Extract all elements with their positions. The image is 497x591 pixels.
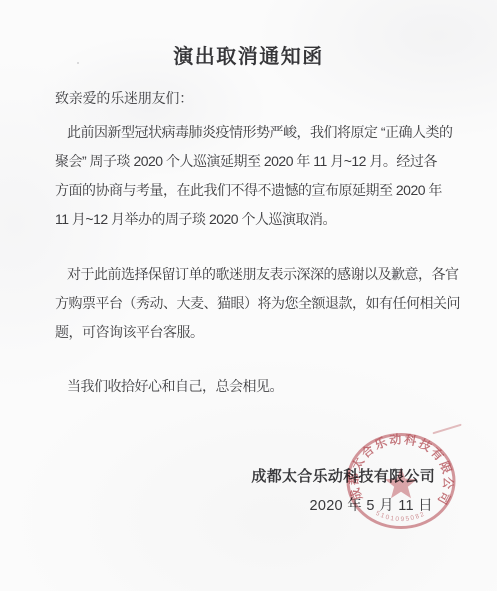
salutation-line: 致亲爱的乐迷朋友们： — [55, 87, 193, 109]
paragraph-line: 方购票平台（秀动、大麦、猫眼）将为您全额退款，如有任何相关问 — [55, 289, 457, 318]
paragraph-line: 对于此前选择保留订单的歌迷朋友表示深深的感谢以及歉意，各官 — [55, 260, 457, 289]
company-signature: 成都太合乐动科技有限公司 — [251, 466, 435, 488]
seal-stray-ink-mark — [432, 424, 461, 434]
paragraph-line: 题，可咨询该平台客服。 — [55, 318, 457, 347]
paragraph-line: 此前因新型冠状病毒肺炎疫情形势严峻，我们将原定 “正确人类的 — [55, 118, 457, 147]
scanned-letter-page: 演出取消通知函 致亲爱的乐迷朋友们： 此前因新型冠状病毒肺炎疫情形势严峻，我们将… — [0, 0, 497, 591]
paragraph-line: 方面的协商与考量，在此我们不得不遗憾的宣布原延期至 2020 年 — [55, 176, 457, 205]
paragraph-line: 当我们收拾好心和自己，总会相见。 — [55, 372, 457, 401]
paragraph-refund-info: 对于此前选择保留订单的歌迷朋友表示深深的感谢以及歉意，各官方购票平台（秀动、大麦… — [55, 260, 457, 347]
paragraph-cancellation-announcement: 此前因新型冠状病毒肺炎疫情形势严峻，我们将原定 “正确人类的聚会” 周子琰 20… — [55, 118, 457, 234]
letter-date: 2020 年 5 月 11 日 — [309, 495, 433, 517]
paragraph-closing-remark: 当我们收拾好心和自己，总会相见。 — [55, 372, 457, 401]
paragraph-line: 11 月~12 月举办的周子琰 2020 个人巡演取消。 — [55, 205, 457, 234]
page-title: 演出取消通知函 — [0, 42, 497, 72]
paragraph-line: 聚会” 周子琰 2020 个人巡演延期至 2020 年 11 月~12 月。经过… — [55, 147, 457, 176]
